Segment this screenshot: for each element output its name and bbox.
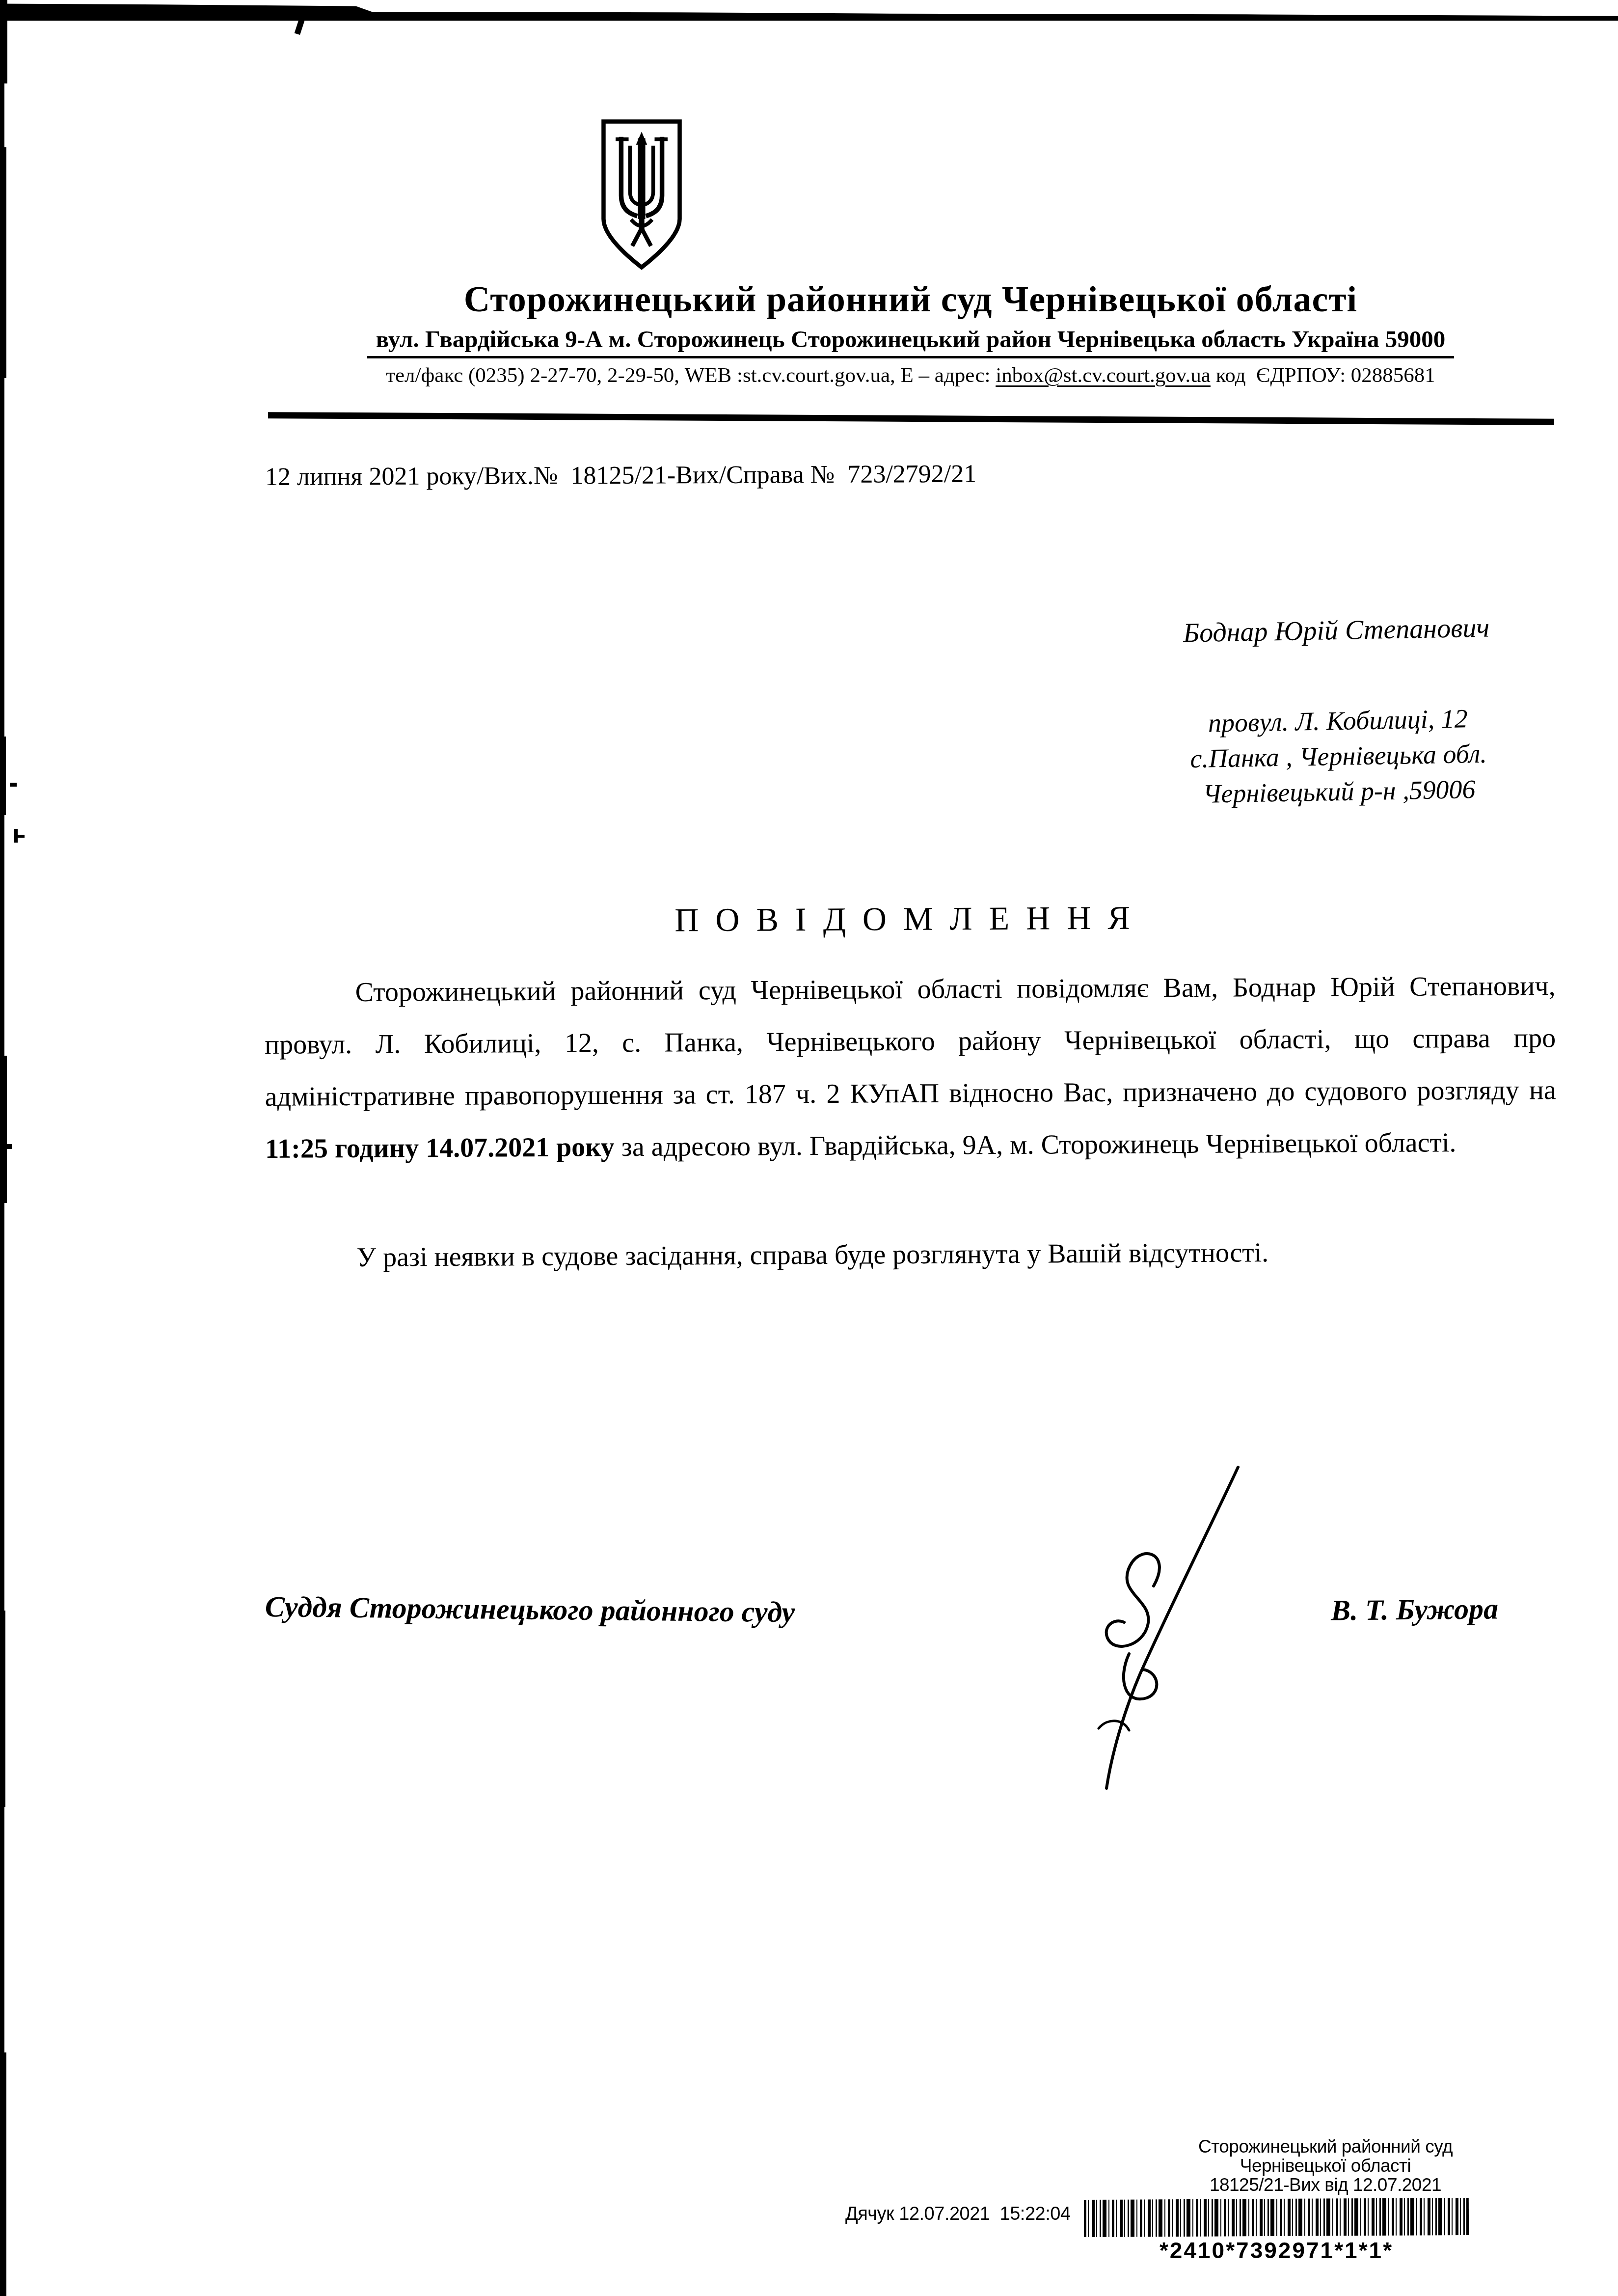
scan-bottom-edge-artifact [0, 0, 1618, 21]
barcode-caption: *2410*7392971*1*1* [1084, 2237, 1469, 2264]
body-paragraph-2: У разі неявки в судове засідання, справа… [266, 1225, 1557, 1284]
scan-artifact [0, 147, 6, 378]
operator-timestamp: Дячук 12.07.2021 15:22:04 [845, 2204, 1071, 2225]
outgoing-reference-line: 12 липня 2021 року/Вих.№ 18125/21-Вих/Сп… [265, 460, 976, 492]
document-title: ПОВІДОМЛЕННЯ [265, 896, 1556, 942]
hearing-datetime: 11:25 годину 14.07.2021 року [265, 1132, 615, 1164]
registration-stamp: Сторожинецький районний суд Чернівецької… [1102, 2137, 1549, 2194]
scan-speck [14, 829, 18, 843]
stamp-ref-line: 18125/21-Вих від 12.07.2021 [1102, 2175, 1549, 2194]
scanned-court-notification-letter: Сторожинецький районний суд Чернівецької… [0, 0, 1618, 2296]
stamp-court-line: Сторожинецький районний суд [1102, 2137, 1549, 2156]
court-address: вул. Гвардійська 9-А м. Сторожинець Стор… [265, 325, 1556, 358]
recipient-name: Боднар Юрій Степанович [1113, 609, 1560, 652]
judge-title-label: Суддя Сторожинецького районного суду [265, 1590, 795, 1629]
court-name: Сторожинецький районний суд Чернівецької… [265, 279, 1556, 321]
stamp-region-line: Чернівецької області [1102, 2156, 1549, 2175]
scan-artifact [0, 1056, 7, 1203]
scan-artifact [0, 2052, 6, 2296]
court-email: inbox@st.cv.court.gov.ua [996, 364, 1211, 387]
recipient-block: Боднар Юрій Степанович провул. Л. Кобили… [1113, 609, 1563, 813]
letterhead-divider [268, 412, 1554, 425]
court-contacts: тел/факс (0235) 2-27-70, 2-29-50, WEB :s… [265, 363, 1556, 387]
letter-body: Сторожинецький районний суд Чернівецької… [264, 960, 1557, 1284]
judge-name: В. Т. Бужора [1331, 1592, 1499, 1628]
recipient-address-line: Чернівецький р-н ,59006 [1115, 770, 1563, 813]
scan-speck [295, 19, 305, 35]
ukraine-trident-coat-of-arms-icon [586, 118, 698, 271]
scan-artifact [0, 737, 6, 815]
body-paragraph-1: Сторожинецький районний суд Чернівецької… [264, 960, 1556, 1175]
scan-speck [18, 835, 25, 838]
handwritten-signature [1006, 1463, 1281, 1807]
scan-artifact [0, 1611, 5, 1807]
scan-speck [7, 1144, 12, 1149]
scan-speck [10, 783, 17, 787]
code39-barcode-icon [1084, 2198, 1469, 2237]
